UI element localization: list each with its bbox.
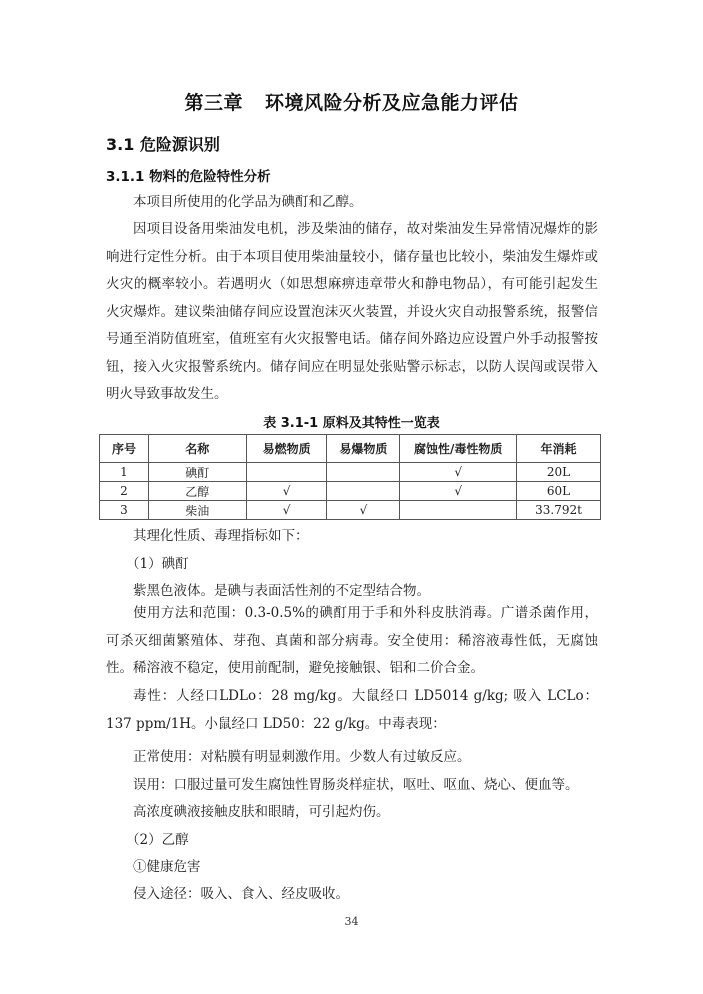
normal-use-line: 正常使用：对粘膜有明显刺激作用。少数人有过敏反应。 bbox=[133, 745, 471, 765]
cell-index: 3 bbox=[100, 501, 149, 520]
col-header-annual-consumption: 年消耗 bbox=[517, 435, 601, 463]
table-row: 3 柴油 √ √ 33.792t bbox=[100, 501, 601, 520]
page-number: 34 bbox=[0, 915, 703, 928]
cell-annual-consumption: 33.792t bbox=[517, 501, 601, 520]
properties-intro: 其理化性质、毒理指标如下： bbox=[133, 524, 309, 544]
cell-explosive bbox=[327, 463, 400, 482]
iodine-description: 紫黑色液体。是碘与表面活性剂的不定型结合物。 bbox=[133, 579, 430, 599]
table-row: 2 乙醇 √ √ 60L bbox=[100, 482, 601, 501]
cell-name: 柴油 bbox=[148, 501, 246, 520]
intro-paragraph: 本项目所使用的化学品为碘酊和乙醇。 bbox=[106, 189, 598, 217]
document-page: 第三章环境风险分析及应急能力评估 3.1 危险源识别 3.1.1 物料的危险特性… bbox=[0, 0, 703, 994]
cell-explosive: √ bbox=[327, 501, 400, 520]
section-heading: 3.1 危险源识别 bbox=[106, 132, 220, 155]
cell-annual-consumption: 20L bbox=[517, 463, 601, 482]
table-caption: 表 3.1-1 原料及其特性一览表 bbox=[0, 412, 703, 431]
cell-corrosive-toxic: √ bbox=[400, 482, 517, 501]
cell-flammable: √ bbox=[246, 482, 327, 501]
subsection-heading: 3.1.1 物料的危险特性分析 bbox=[106, 165, 271, 185]
table-header-row: 序号 名称 易燃物质 易爆物质 腐蚀性/毒性物质 年消耗 bbox=[100, 435, 601, 463]
iodine-heading: （1）碘酊 bbox=[126, 552, 189, 572]
cell-flammable: √ bbox=[246, 501, 327, 520]
cell-name: 碘酊 bbox=[148, 463, 246, 482]
cell-explosive bbox=[327, 482, 400, 501]
ethanol-heading: （2）乙醇 bbox=[126, 828, 189, 848]
cell-index: 2 bbox=[100, 482, 149, 501]
misuse-line: 误用：口服过量可发生腐蚀性胃肠炎样症状，呕吐、呕血、烧心、便血等。 bbox=[133, 773, 579, 793]
chapter-title: 第三章环境风险分析及应急能力评估 bbox=[0, 88, 703, 115]
chapter-name: 环境风险分析及应急能力评估 bbox=[265, 92, 519, 114]
health-hazard-heading: ①健康危害 bbox=[133, 855, 201, 875]
cell-name: 乙醇 bbox=[148, 482, 246, 501]
chapter-number: 第三章 bbox=[184, 92, 243, 114]
exposure-routes-line: 侵入途径：吸入、食入、经皮吸收。 bbox=[133, 882, 349, 902]
cell-corrosive-toxic bbox=[400, 501, 517, 520]
col-header-explosive: 易爆物质 bbox=[327, 435, 400, 463]
materials-table: 序号 名称 易燃物质 易爆物质 腐蚀性/毒性物质 年消耗 1 碘酊 √ 20L … bbox=[99, 434, 601, 520]
diesel-paragraph: 因项目设备用柴油发电机，涉及柴油的储存，故对柴油发生异常情况爆炸的影响进行定性分… bbox=[106, 216, 598, 409]
cell-corrosive-toxic: √ bbox=[400, 463, 517, 482]
col-header-name: 名称 bbox=[148, 435, 246, 463]
col-header-flammable: 易燃物质 bbox=[246, 435, 327, 463]
cell-index: 1 bbox=[100, 463, 149, 482]
iodine-usage-paragraph: 使用方法和范围：0.3-0.5%的碘酊用于手和外科皮肤消毒。广谱杀菌作用，可杀灭… bbox=[106, 600, 598, 683]
col-header-index: 序号 bbox=[100, 435, 149, 463]
cell-annual-consumption: 60L bbox=[517, 482, 601, 501]
table-row: 1 碘酊 √ 20L bbox=[100, 463, 601, 482]
high-concentration-line: 高浓度碘液接触皮肤和眼睛，可引起灼伤。 bbox=[133, 800, 390, 820]
cell-flammable bbox=[246, 463, 327, 482]
col-header-corrosive-toxic: 腐蚀性/毒性物质 bbox=[400, 435, 517, 463]
iodine-toxicity-paragraph: 毒性：人经口LDLo：28 mg/kg。大鼠经口 LD5014 g/kg; 吸入… bbox=[106, 683, 598, 738]
